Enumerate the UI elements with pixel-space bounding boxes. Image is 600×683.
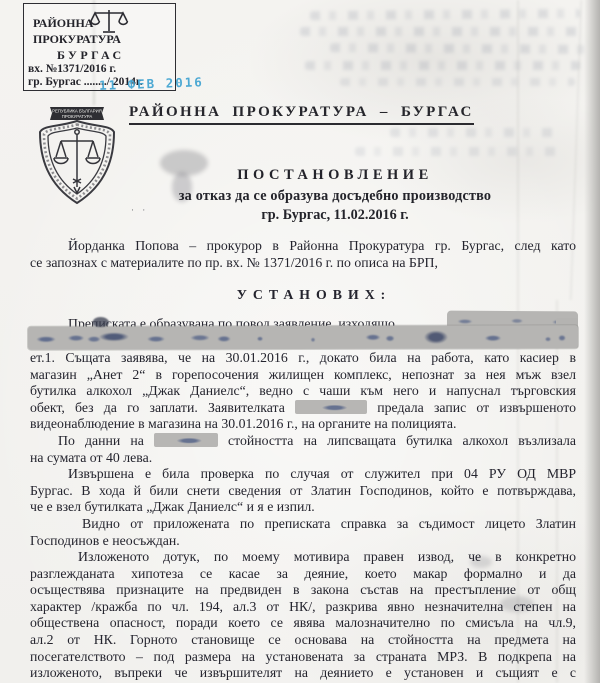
emblem-banner-line2: ПРОКУРАТУРА	[62, 114, 93, 119]
body-line: че е взел бутилката „Джак Даниелс“ и я е…	[30, 499, 576, 516]
document-subtitle: за отказ да се образува досъдебно произв…	[100, 188, 570, 205]
body-text-segment: обект, без да го заплати. Заявителката	[30, 400, 285, 415]
body-line: изложеното, въпреки че извършителят на д…	[30, 665, 576, 682]
document-title-block: ПОСТАНОВЛЕНИЕ за отказ да се образува до…	[100, 167, 570, 224]
scales-icon	[89, 7, 129, 35]
section-heading: УСТАНОВИХ:	[30, 287, 576, 304]
document-body: Йорданка Попова – прокурор в Районна Про…	[30, 238, 576, 682]
redaction-name-applicant	[295, 400, 367, 414]
body-line: обект, без да го заплати. Заявителката п…	[30, 400, 576, 417]
body-line: обществена опасност, поради което се явя…	[30, 615, 576, 632]
body-line: магазин „Анет 2“ в горепосочения жилищен…	[30, 367, 576, 384]
bleed-through-text	[390, 128, 555, 137]
body-line: разглежданата хипотеза се касае за деяни…	[30, 566, 576, 583]
page-header-title: РАЙОННА ПРОКУРАТУРА – БУРГАС	[129, 104, 474, 125]
redaction-bar	[28, 325, 578, 349]
body-line: ал.2 от НК. Горното становище се основав…	[30, 632, 576, 649]
body-line: ет.1. Същата заявява, че на 30.01.2016 г…	[30, 350, 576, 367]
document-title: ПОСТАНОВЛЕНИЕ	[100, 167, 570, 184]
body-line: Извършена е била проверка по случая от с…	[30, 466, 576, 483]
body-line: посегателството – под размера на установ…	[30, 649, 576, 666]
body-text-segment: По данни на	[58, 433, 144, 448]
document-place-date: гр. Бургас, 11.02.2016 г.	[100, 207, 570, 224]
stamp-office-line1: РАЙОННА	[33, 16, 93, 31]
stamp-office-city: БУРГАС	[57, 48, 125, 63]
redaction-name-source	[154, 433, 218, 447]
body-line: характер /кражба по чл. 194, ал.3 от НК/…	[30, 599, 576, 616]
body-line: Йорданка Попова – прокурор в Районна Про…	[30, 238, 576, 255]
body-line: Изложеното дотук, по моему мотивира прав…	[30, 549, 576, 566]
body-line: Господинов е неосъждан.	[30, 533, 576, 550]
bleed-through-text	[340, 78, 575, 86]
bleed-through-text	[355, 147, 560, 156]
emblem-banner-line1: РЕПУБЛИКА БЪЛГАРИЯ	[52, 109, 102, 114]
bleed-through-text	[305, 61, 580, 70]
body-line: бутилка алкохол „Джак Даниелс“, ведно с …	[30, 383, 576, 400]
body-line: на сумата от 40 лева.	[30, 450, 576, 467]
bleed-through-text	[330, 43, 585, 54]
bleed-through-text	[300, 27, 585, 36]
body-line: Видно от приложената по преписката справ…	[30, 516, 576, 533]
scan-edge-shadow	[584, 0, 600, 683]
body-line: видеонаблюдение в магазина на 30.01.2016…	[30, 416, 576, 433]
stamp-reg-number: вх. №1371/2016 г.	[28, 63, 116, 75]
body-line: се запознах с материалите по пр. вх. № 1…	[30, 255, 576, 272]
body-text-segment: предала запис от извършеното	[377, 400, 576, 415]
body-line: осъществява признаците на предвиден в за…	[30, 582, 576, 599]
body-line: Бургас. В хода й били снети сведения от …	[30, 483, 576, 500]
ink-mark	[93, 317, 109, 327]
body-text-segment: стойността на липсващата бутилка алкохол…	[228, 433, 576, 448]
body-line: По данни на стойността на липсващата бут…	[30, 433, 576, 450]
